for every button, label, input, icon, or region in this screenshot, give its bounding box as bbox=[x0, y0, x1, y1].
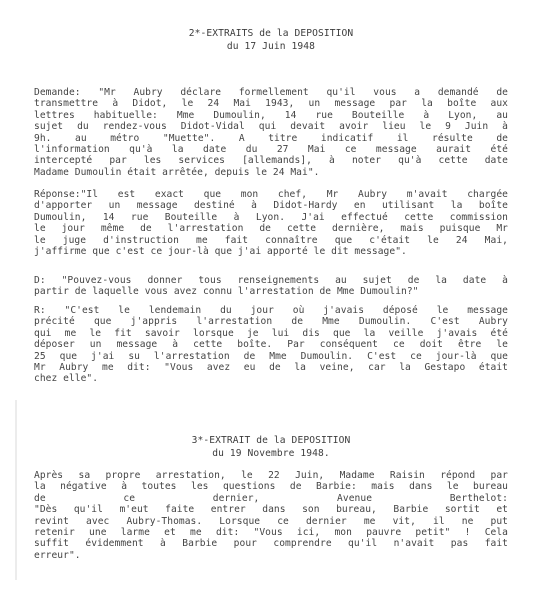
paragraph-question: D: "Pouvez-vous donner tous renseignemen… bbox=[34, 275, 508, 298]
text-line: qui me le fit savoir lorsque je lui dis … bbox=[34, 328, 508, 339]
text-line: chez elle". bbox=[34, 373, 508, 384]
text-line: 9h. au métro "Muette". A titre indicatif… bbox=[34, 133, 508, 144]
text-line: l'information qu'à la date du 27 Mai ce … bbox=[34, 144, 508, 155]
text-line: le jour même de l'arrestation de cette d… bbox=[34, 223, 508, 234]
text-line: sujet du rendez-vous Didot-Vidal qui dev… bbox=[34, 121, 508, 132]
text-line: Demande: "Mr Aubry déclare formellement … bbox=[34, 87, 508, 98]
paragraph-answer: R: "C'est le lendemain du jour où j'avai… bbox=[34, 305, 508, 385]
text-line: retenir une larme et me dit: "Vous ici, … bbox=[34, 527, 508, 538]
text-line: intercepté par les services [allemands],… bbox=[34, 155, 508, 166]
text-line: d'apporter un message destiné à Didot-Ha… bbox=[34, 200, 508, 211]
text-line: lettres habituelle: Mme Dumoulin, 14 rue… bbox=[34, 110, 508, 121]
paragraph-reponse: Réponse:"Il est exact que mon chef, Mr A… bbox=[34, 189, 508, 257]
scanned-document-page: 2*-EXTRAITS de la DEPOSITION du 17 Juin … bbox=[0, 0, 542, 600]
section1-heading: 2*-EXTRAITS de la DEPOSITION du 17 Juin … bbox=[0, 27, 542, 53]
text-line: le juge d'instruction me fait connaître … bbox=[34, 235, 508, 246]
text-line: Mr Aubry me dit: "Vous avez eu de la vei… bbox=[34, 362, 508, 373]
text-line: revint avec Aubry-Thomas. Lorsque ce der… bbox=[34, 516, 508, 527]
text-line: j'affirme que c'est ce jour-là que j'ai … bbox=[34, 246, 508, 257]
text-line: Après sa propre arrestation, le 22 Juin,… bbox=[34, 470, 508, 481]
section2-date: du 19 Novembre 1948. bbox=[0, 447, 542, 460]
text-line: précité que j'appris l'arrestation de Mm… bbox=[34, 316, 508, 327]
section2-heading: 3*-EXTRAIT de la DEPOSITION du 19 Novemb… bbox=[0, 434, 542, 460]
text-line: R: "C'est le lendemain du jour où j'avai… bbox=[34, 305, 508, 316]
text-line: de ce dernier, Avenue Berthelot: bbox=[34, 493, 508, 504]
scan-margin-line bbox=[15, 400, 17, 580]
text-line: "Dès qu'il m'eut faite entrer dans son b… bbox=[34, 504, 508, 515]
section1-date: du 17 Juin 1948 bbox=[0, 40, 542, 53]
text-line: suffit évidemment à Barbie pour comprend… bbox=[34, 538, 508, 549]
text-line: partir de laquelle vous avez connu l'arr… bbox=[34, 286, 508, 297]
text-line: erreur". bbox=[34, 550, 508, 561]
text-line: Madame Dumoulin était arrêtée, depuis le… bbox=[34, 167, 508, 178]
section1-title: 2*-EXTRAITS de la DEPOSITION bbox=[0, 27, 542, 40]
text-line: la négative à toutes les questions de Ba… bbox=[34, 481, 508, 492]
text-line: transmettre à Didot, le 24 Mai 1943, un … bbox=[34, 98, 508, 109]
text-line: déposer un message à cette boîte. Par co… bbox=[34, 339, 508, 350]
text-line: 25 que j'ai su l'arrestation de Mme Dumo… bbox=[34, 351, 508, 362]
text-line: Dumoulin, 14 rue Bouteille à Lyon. J'ai … bbox=[34, 212, 508, 223]
paragraph-arrestation: Après sa propre arrestation, le 22 Juin,… bbox=[34, 470, 508, 561]
text-line: D: "Pouvez-vous donner tous renseignemen… bbox=[34, 275, 508, 286]
section2-title: 3*-EXTRAIT de la DEPOSITION bbox=[0, 434, 542, 447]
paragraph-demande: Demande: "Mr Aubry déclare formellement … bbox=[34, 87, 508, 178]
text-line: Réponse:"Il est exact que mon chef, Mr A… bbox=[34, 189, 508, 200]
